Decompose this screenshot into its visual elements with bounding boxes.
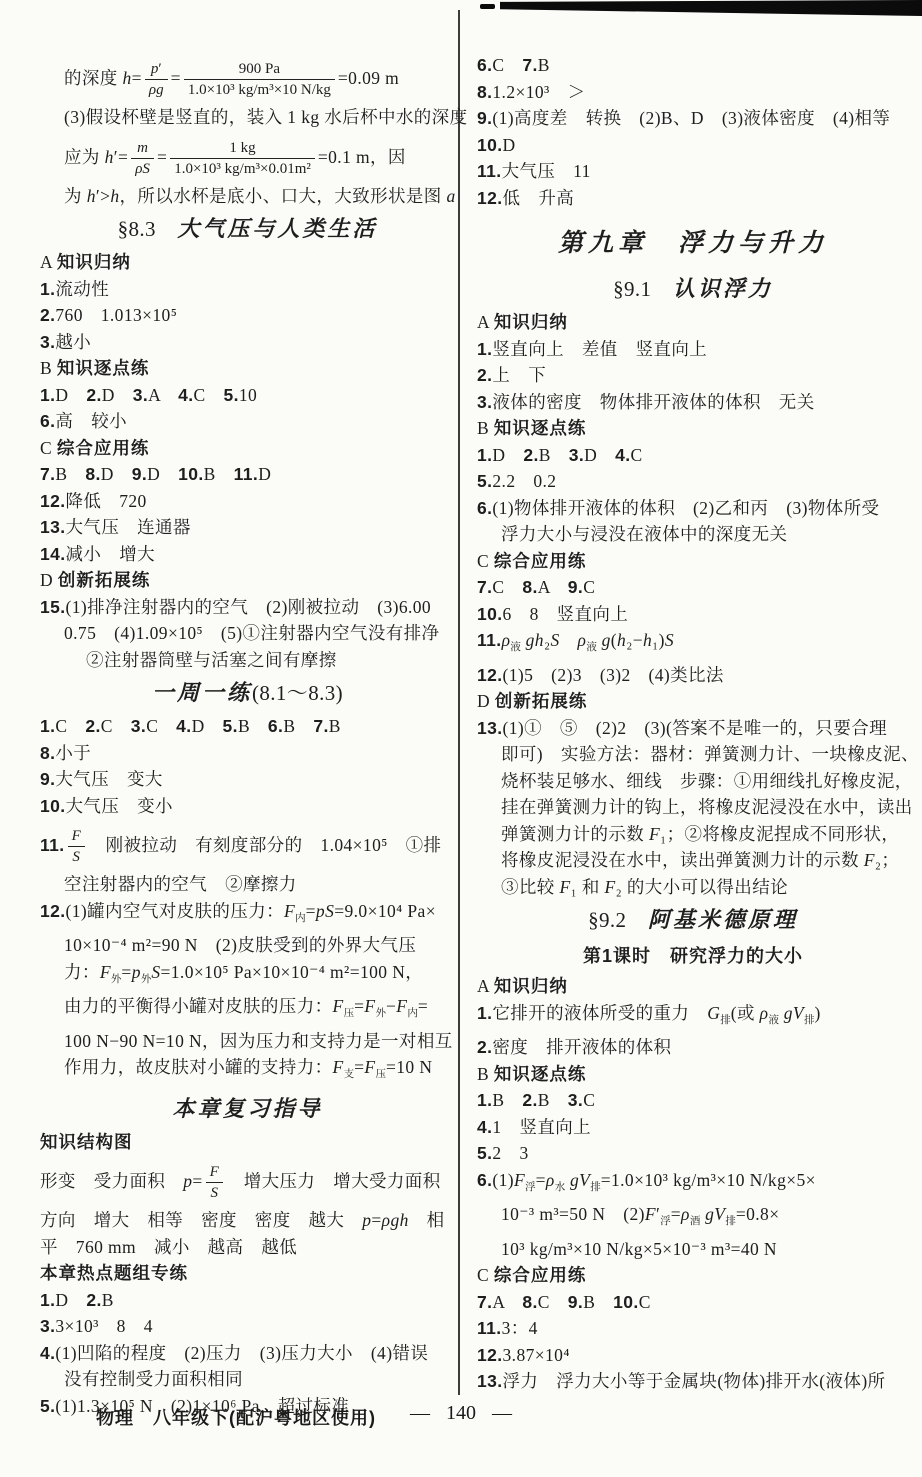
answer-line: 10.D: [477, 132, 909, 159]
answer-line: 3.液体的密度 物体排开液体的体积 无关: [477, 389, 909, 416]
section-header: 本章复习指导: [40, 1089, 455, 1129]
answer-line: 11.3：4: [477, 1315, 909, 1342]
answer-line: 弹簧测力计的示数 F₁；②将橡皮泥捏成不同形状，: [477, 821, 909, 848]
practice-label: A 知识归纳: [477, 973, 909, 1000]
answer-line: 7.C 8.A 9.C: [477, 574, 909, 601]
fraction: 1 kg1.0×10³ kg/m³×0.01m²: [170, 139, 315, 178]
answer-line: 3.越小: [40, 329, 455, 356]
answer-line: 作用力，故皮肤对小罐的支持力：F支=F压=10 N: [40, 1054, 455, 1089]
answer-line: 1.流动性: [40, 276, 455, 303]
answer-line: 12.降低 720: [40, 488, 455, 515]
chapter-header: 第九章 浮力与升力: [477, 219, 909, 269]
practice-label: B 知识逐点练: [40, 355, 455, 382]
answer-line: 2.密度 排开液体的体积: [477, 1034, 909, 1061]
answer-line: (3)假设杯壁是竖直的，装入 1 kg 水后杯中水的深度: [40, 104, 455, 131]
right-column: 6.C 7.B8.1.2×10³ ＞9.(1)高度差 转换 (2)B、D (3)…: [477, 52, 909, 1395]
answer-line: 10³ kg/m³×10 N/kg×5×10⁻³ m³=40 N: [477, 1236, 909, 1263]
answer-line: 空注射器内的空气 ②摩擦力: [40, 871, 455, 898]
practice-label: 知识结构图: [40, 1129, 455, 1156]
answer-line: 1.B 2.B 3.C: [477, 1087, 909, 1114]
dash-left: —: [410, 1402, 430, 1425]
lesson-header: 第1课时 研究浮力的大小: [477, 940, 909, 973]
answer-line: 将橡皮泥浸没在水中，读出弹簧测力计的示数 F₂；: [477, 847, 909, 874]
left-column: 的深度 h=p′ρg=900 Pa1.0×10³ kg/m³×10 N/kg=0…: [40, 52, 455, 1419]
section-header: §9.2 阿基米德原理: [477, 900, 909, 940]
answer-line: 6.(1)F浮=ρ水 gV排=1.0×10³ kg/m³×10 N/kg×5×: [477, 1167, 909, 1202]
answer-line: 12.(1)5 (2)3 (3)2 (4)类比法: [477, 662, 909, 689]
page-number-block: — 140 —: [410, 1402, 512, 1425]
answer-line: 1.D 2.B: [40, 1287, 455, 1314]
scan-artifact-bar: [500, 0, 922, 16]
practice-label: D 创新拓展练: [477, 688, 909, 715]
fraction: p′ρg: [145, 60, 168, 99]
answer-line: 14.减小 增大: [40, 541, 455, 568]
answer-line: 1.它排开的液体所受的重力 G排(或 ρ液 gV排): [477, 1000, 909, 1035]
answer-line: 15.(1)排净注射器内的空气 (2)刚被拉动 (3)6.00: [40, 594, 455, 621]
page-number: 140: [446, 1402, 476, 1425]
answer-line: 10×10⁻⁴ m²=90 N (2)皮肤受到的外界大气压: [40, 932, 455, 959]
answer-line: 5.2.2 0.2: [477, 468, 909, 495]
answer-line: 3.3×10³ 8 4: [40, 1313, 455, 1340]
answer-line: 即可) 实验方法：器材：弹簧测力计、一块橡皮泥、: [477, 741, 909, 768]
answer-line: 8.1.2×10³ ＞: [477, 79, 909, 106]
answer-line: 7.B 8.D 9.D 10.B 11.D: [40, 461, 455, 488]
answer-line: 力：F外=p外S=1.0×10⁵ Pa×10×10⁻⁴ m²=100 N，: [40, 959, 455, 994]
answer-line: 4.1 竖直向上: [477, 1114, 909, 1141]
answer-line: 1.竖直向上 差值 竖直向上: [477, 336, 909, 363]
column-divider: [458, 10, 460, 1395]
answer-line: 2.760 1.013×10⁵: [40, 302, 455, 329]
practice-label: C 综合应用练: [477, 548, 909, 575]
section-header: 一周一练(8.1～8.3): [40, 673, 455, 713]
answer-line: 平 760 mm 减小 越高 越低: [40, 1234, 455, 1261]
answer-line: 12.(1)罐内空气对皮肤的压力：F内=pS=9.0×10⁴ Pa×: [40, 898, 455, 933]
practice-label: D 创新拓展练: [40, 567, 455, 594]
page-footer: 物理 八年级下(配沪粤地区使用) — 140 —: [0, 1400, 922, 1436]
fraction: FS: [206, 1163, 223, 1202]
answer-line: 6.高 较小: [40, 408, 455, 435]
answer-line: 9.大气压 变大: [40, 766, 455, 793]
fraction: mρS: [131, 139, 154, 178]
answer-line: 1.D 2.D 3.A 4.C 5.10: [40, 382, 455, 409]
section-header: §9.1 认识浮力: [477, 269, 909, 309]
answer-line: 8.小于: [40, 740, 455, 767]
answer-line: 7.A 8.C 9.B 10.C: [477, 1289, 909, 1316]
answer-line: 1.D 2.B 3.D 4.C: [477, 442, 909, 469]
practice-label: B 知识逐点练: [477, 415, 909, 442]
answer-line: 13.(1)① ⑤ (2)2 (3)(答案不是唯一的，只要合理: [477, 715, 909, 742]
answer-line: 6.C 7.B: [477, 52, 909, 79]
answer-line: 4.(1)凹陷的程度 (2)压力 (3)压力大小 (4)错误: [40, 1340, 455, 1367]
answer-line: 0.75 (4)1.09×10⁵ (5)①注射器内空气没有排净: [40, 620, 455, 647]
formula-line: 形变 受力面积 p=FS 增大压力 增大受力面积: [40, 1155, 455, 1207]
answer-line: 11.ρ液 gh₂S ρ液 g(h₂−h₁)S: [477, 627, 909, 662]
answer-line: 13.大气压 连通器: [40, 514, 455, 541]
practice-label: 本章热点题组专练: [40, 1260, 455, 1287]
answer-line: 烧杯装足够水、细线 步骤：①用细线扎好橡皮泥，: [477, 768, 909, 795]
answer-line: 由力的平衡得小罐对皮肤的压力：F压=F外−F内=: [40, 993, 455, 1028]
answer-line: 为 h′>h，所以水杯是底小、口大，大致形状是图 a: [40, 183, 455, 210]
practice-label: A 知识归纳: [477, 309, 909, 336]
practice-label: A 知识归纳: [40, 249, 455, 276]
practice-label: C 综合应用练: [477, 1262, 909, 1289]
answer-line: 10.6 8 竖直向上: [477, 601, 909, 628]
answer-line: 1.C 2.C 3.C 4.D 5.B 6.B 7.B: [40, 713, 455, 740]
answer-line: 12.低 升高: [477, 185, 909, 212]
formula-line: 的深度 h=p′ρg=900 Pa1.0×10³ kg/m³×10 N/kg=0…: [40, 52, 455, 104]
answer-line: 6.(1)物体排开液体的体积 (2)乙和丙 (3)物体所受: [477, 495, 909, 522]
answer-line: 11.大气压 11: [477, 158, 909, 185]
answer-line: 9.(1)高度差 转换 (2)B、D (3)液体密度 (4)相等: [477, 105, 909, 132]
answer-line: ②注射器筒壁与活塞之间有摩擦: [40, 647, 455, 674]
answer-key-page: 的深度 h=p′ρg=900 Pa1.0×10³ kg/m³×10 N/kg=0…: [0, 0, 922, 1477]
answer-line: 2.上 下: [477, 362, 909, 389]
practice-label: B 知识逐点练: [477, 1061, 909, 1088]
answer-line: 方向 增大 相等 密度 密度 越大 p=ρgh 相: [40, 1207, 455, 1234]
dash-right: —: [492, 1402, 512, 1425]
answer-line: ③比较 F₁ 和 F₂ 的大小可以得出结论: [477, 874, 909, 901]
answer-line: 10.大气压 变小: [40, 793, 455, 820]
formula-line: 11.FS 刚被拉动 有刻度部分的 1.04×10⁵ ①排: [40, 819, 455, 871]
scan-artifact-mark: [480, 4, 495, 9]
answer-line: 12.3.87×10⁴: [477, 1342, 909, 1369]
practice-label: C 综合应用练: [40, 435, 455, 462]
answer-line: 浮力大小与浸没在液体中的深度无关: [477, 521, 909, 548]
answer-line: 挂在弹簧测力计的钩上，将橡皮泥浸没在水中，读出: [477, 794, 909, 821]
formula-line: 应为 h′=mρS=1 kg1.0×10³ kg/m³×0.01m²=0.1 m…: [40, 131, 455, 183]
book-title: 物理 八年级下(配沪粤地区使用): [96, 1404, 376, 1430]
answer-line: 5.2 3: [477, 1140, 909, 1167]
answer-line: 没有控制受力面积相同: [40, 1366, 455, 1393]
answer-line: 10⁻³ m³=50 N (2)F′浮=ρ酒 gV排=0.8×: [477, 1201, 909, 1236]
answer-line: 100 N−90 N=10 N，因为压力和支持力是一对相互: [40, 1028, 455, 1055]
fraction: FS: [68, 827, 85, 866]
answer-line: 13.浮力 浮力大小等于金属块(物体)排开水(液体)所: [477, 1368, 909, 1395]
fraction: 900 Pa1.0×10³ kg/m³×10 N/kg: [184, 60, 335, 99]
section-header: §8.3 大气压与人类生活: [40, 209, 455, 249]
